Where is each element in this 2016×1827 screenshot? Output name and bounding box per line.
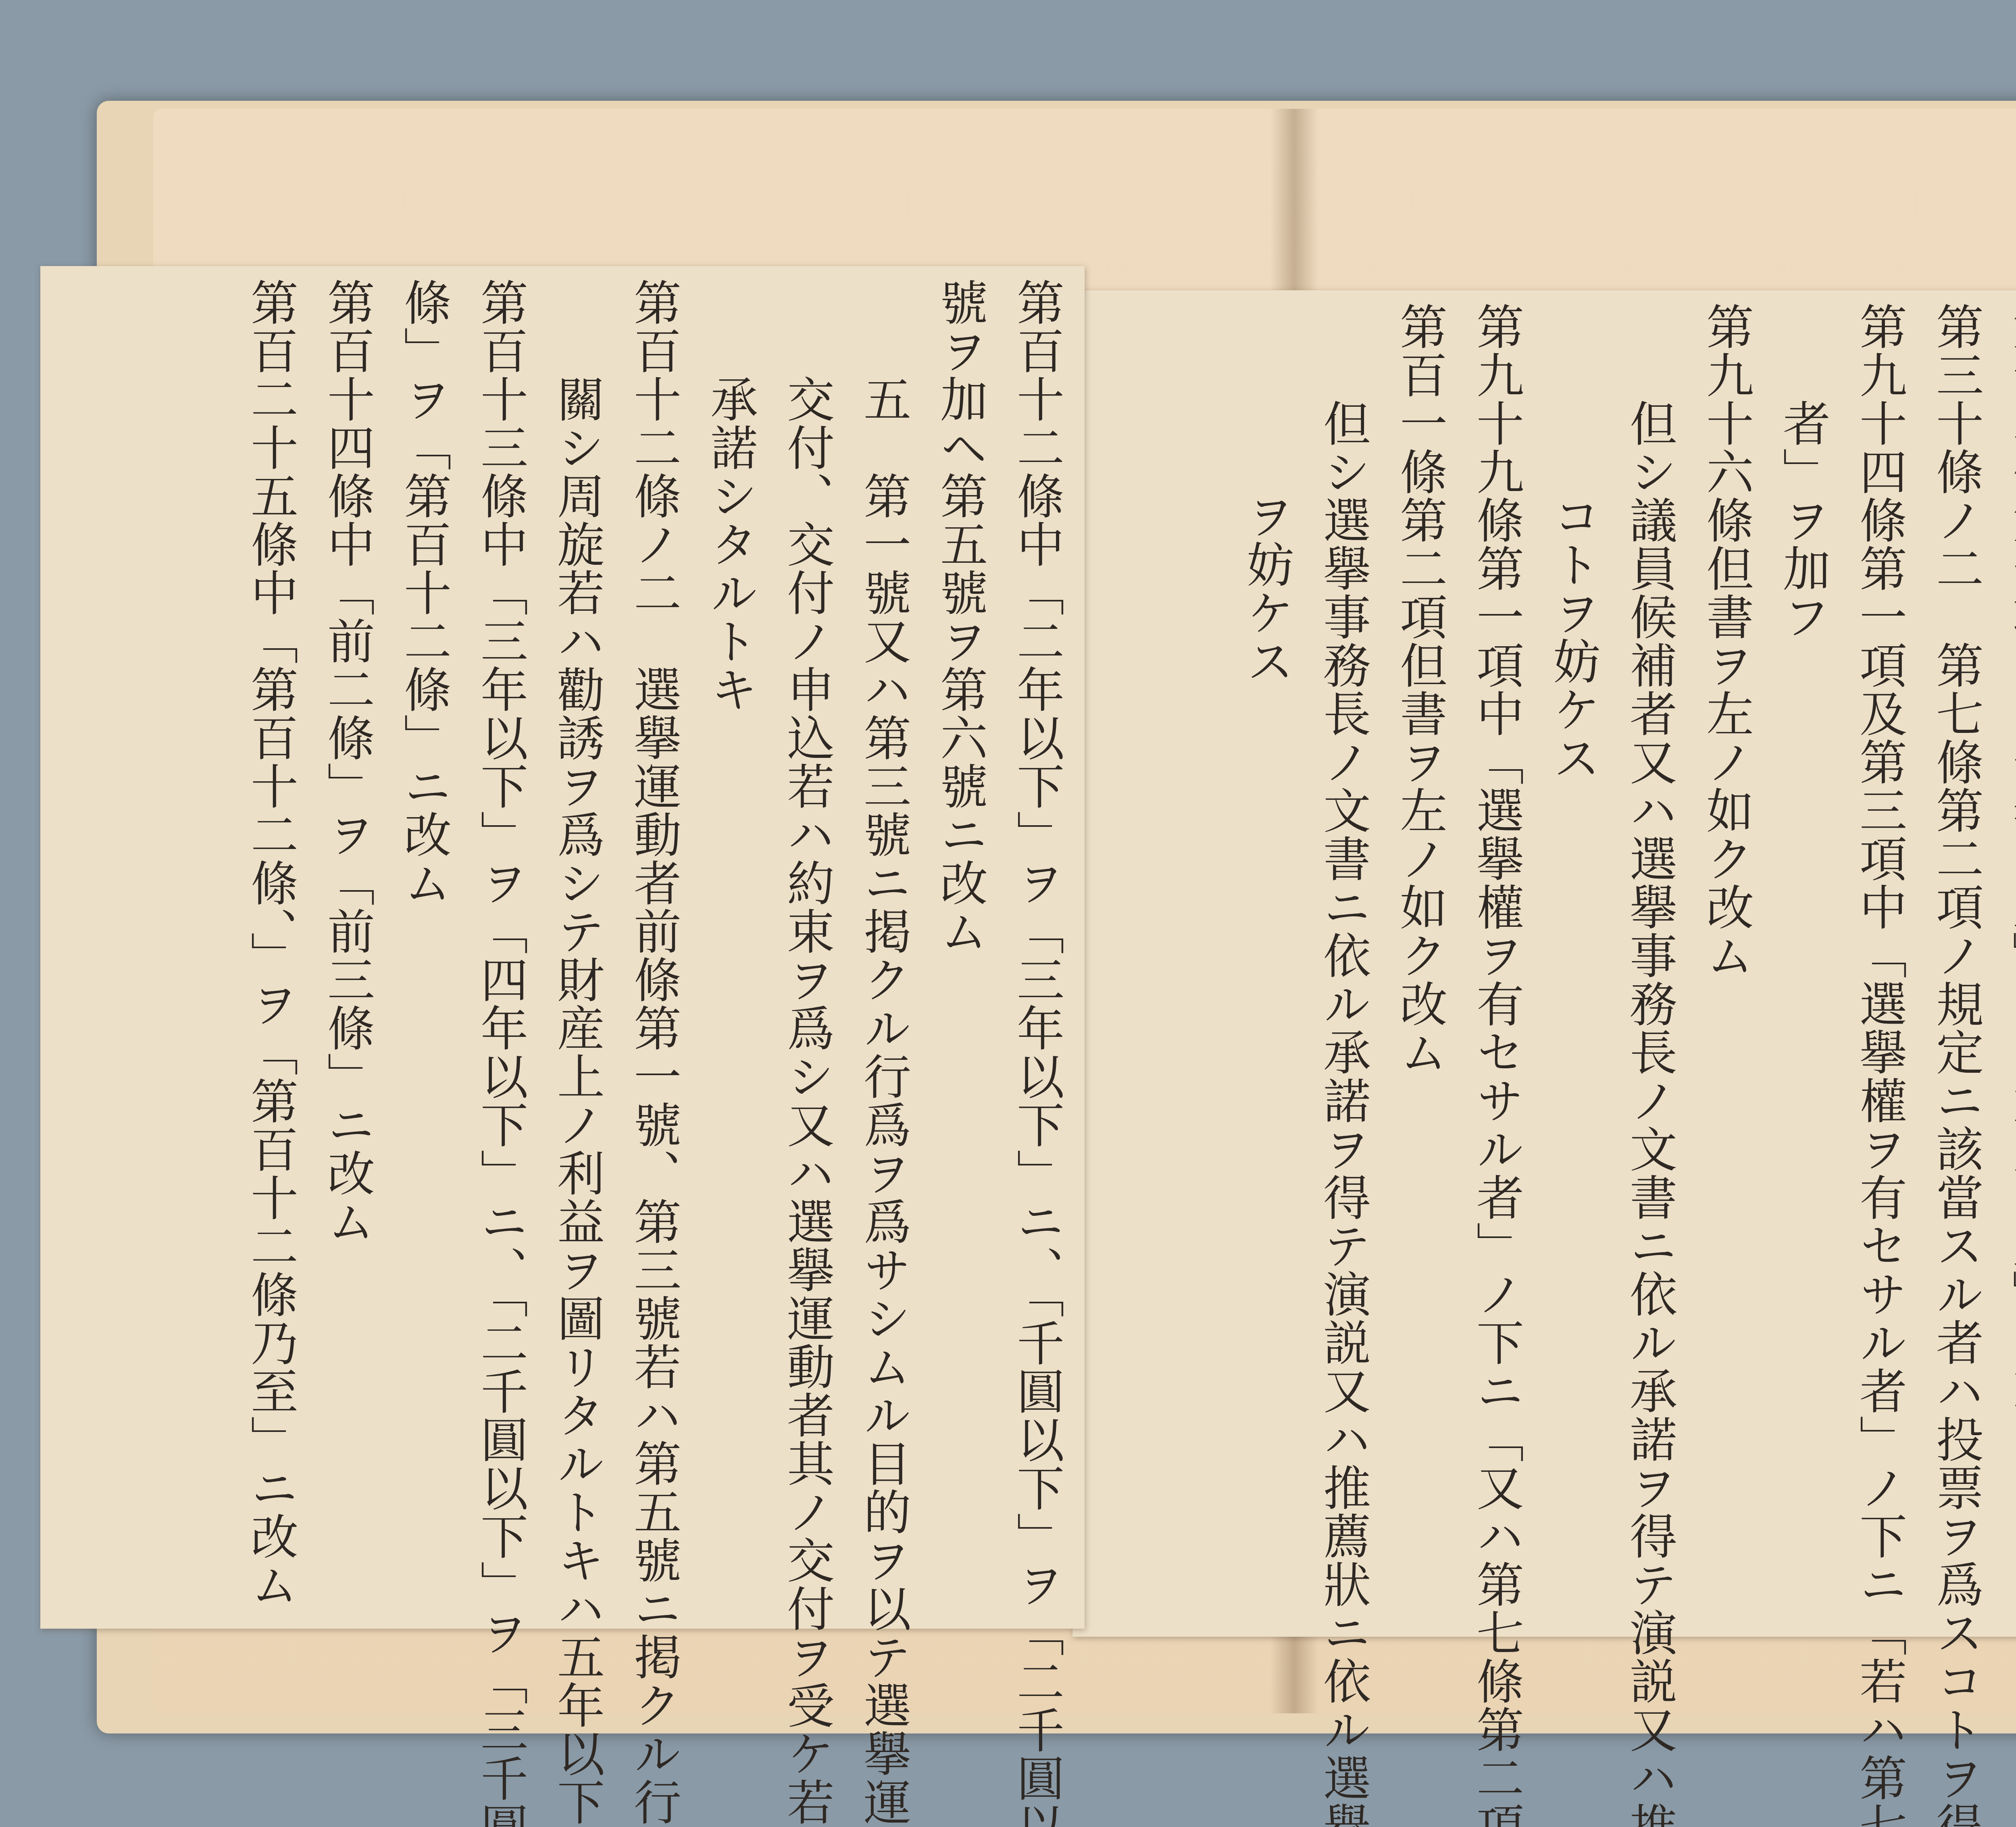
text-column: 承諾シタルトキ <box>706 278 754 1621</box>
text-column: 者」ヲ加フ <box>1779 302 1826 1629</box>
text-column: 第百二十五條中「第百十二條、」ヲ「第百十二條乃至」ニ改ム <box>247 278 294 1621</box>
text-column: 第三十條ノ二 第七條第二項ノ規定ニ該當スル者ハ投票ヲ爲スコトヲ得ス <box>1932 302 1980 1629</box>
text-column: 但シ選擧事務長ノ文書ニ依ル承諾ヲ得テ演説又ハ推薦狀ニ依ル選擧運動ノ費用ヲ支出スル… <box>1319 302 1367 1629</box>
right-pasted-sheet: 第十二條第一項中「一年以上」ヲ「六月以上」ニ改ム 第三十條ノ二 第七條第二項ノ規… <box>1073 290 2016 1637</box>
left-text-columns: 第百十二條中「二年以下」ヲ「三年以下」ニ、「千圓以下」ヲ「二千圓以下」ニ改メ同條… <box>40 266 1085 1629</box>
text-column: コトヲ妨ケス <box>1549 302 1597 1629</box>
text-column: 第百十二條ノ二 選擧運動者前條第一號、第三號若ハ第五號ニ掲クル行爲ヲ爲シ又ハ其ノ… <box>630 278 677 1621</box>
text-column: 號ヲ加ヘ第五號ヲ第六號ニ改ム <box>936 278 984 1621</box>
text-column: ヲ妨ケス <box>1243 302 1290 1629</box>
text-column: 第百十二條中「二年以下」ヲ「三年以下」ニ、「千圓以下」ヲ「二千圓以下」ニ改メ同條… <box>1013 278 1060 1621</box>
text-column: 條」ヲ「第百十二條」ニ改ム <box>400 278 448 1621</box>
text-column: 第百一條第二項但書ヲ左ノ如ク改ム <box>1396 302 1443 1629</box>
text-column: 第九十六條但書ヲ左ノ如ク改ム <box>1702 302 1750 1629</box>
text-column: 五 第一號又ハ第三號ニ掲クル行爲ヲ爲サシムル目的ヲ以テ選擧運動者ニ對シ金錢若ハ物… <box>860 278 907 1621</box>
text-column: 第十二條第一項中「一年以上」ヲ「六月以上」ニ改ム <box>2009 302 2016 1629</box>
text-column: 第百十四條中「前二條」ヲ「前三條」ニ改ム <box>323 278 371 1621</box>
right-text-columns: 第十二條第一項中「一年以上」ヲ「六月以上」ニ改ム 第三十條ノ二 第七條第二項ノ規… <box>1073 290 2016 1637</box>
text-column: 第百十三條中「三年以下」ヲ「四年以下」ニ、「二千圓以下」ヲ「三千圓以下」ニ、同條… <box>477 278 524 1621</box>
left-pasted-sheet: 第百十二條中「二年以下」ヲ「三年以下」ニ、「千圓以下」ヲ「二千圓以下」ニ改メ同條… <box>40 266 1085 1629</box>
text-column: 關シ周旋若ハ勸誘ヲ爲シテ財産上ノ利益ヲ圖リタルトキハ五年以下ノ懲役又ハ禁錮ニ處ス <box>553 278 601 1621</box>
text-column: 交付、交付ノ申込若ハ約束ヲ爲シ又ハ選擧運動者其ノ交付ヲ受ケ若ハ要求シ若ハ其ノ申込… <box>783 278 831 1621</box>
text-column: 第九十九條第一項中「選擧權ヲ有セサル者」ノ下ニ「又ハ第七條第二項ノ規定ニ該當スル… <box>1472 302 1520 1629</box>
text-column: 但シ議員候補者又ハ選擧事務長ノ文書ニ依ル承諾ヲ得テ演説又ハ推薦狀ニ依ル選擧運動ヲ… <box>1626 302 1673 1629</box>
text-column: 第九十四條第一項及第三項中「選擧權ヲ有セサル者」ノ下ニ「若ハ第七條第二項ノ規定ニ… <box>1856 302 1903 1629</box>
